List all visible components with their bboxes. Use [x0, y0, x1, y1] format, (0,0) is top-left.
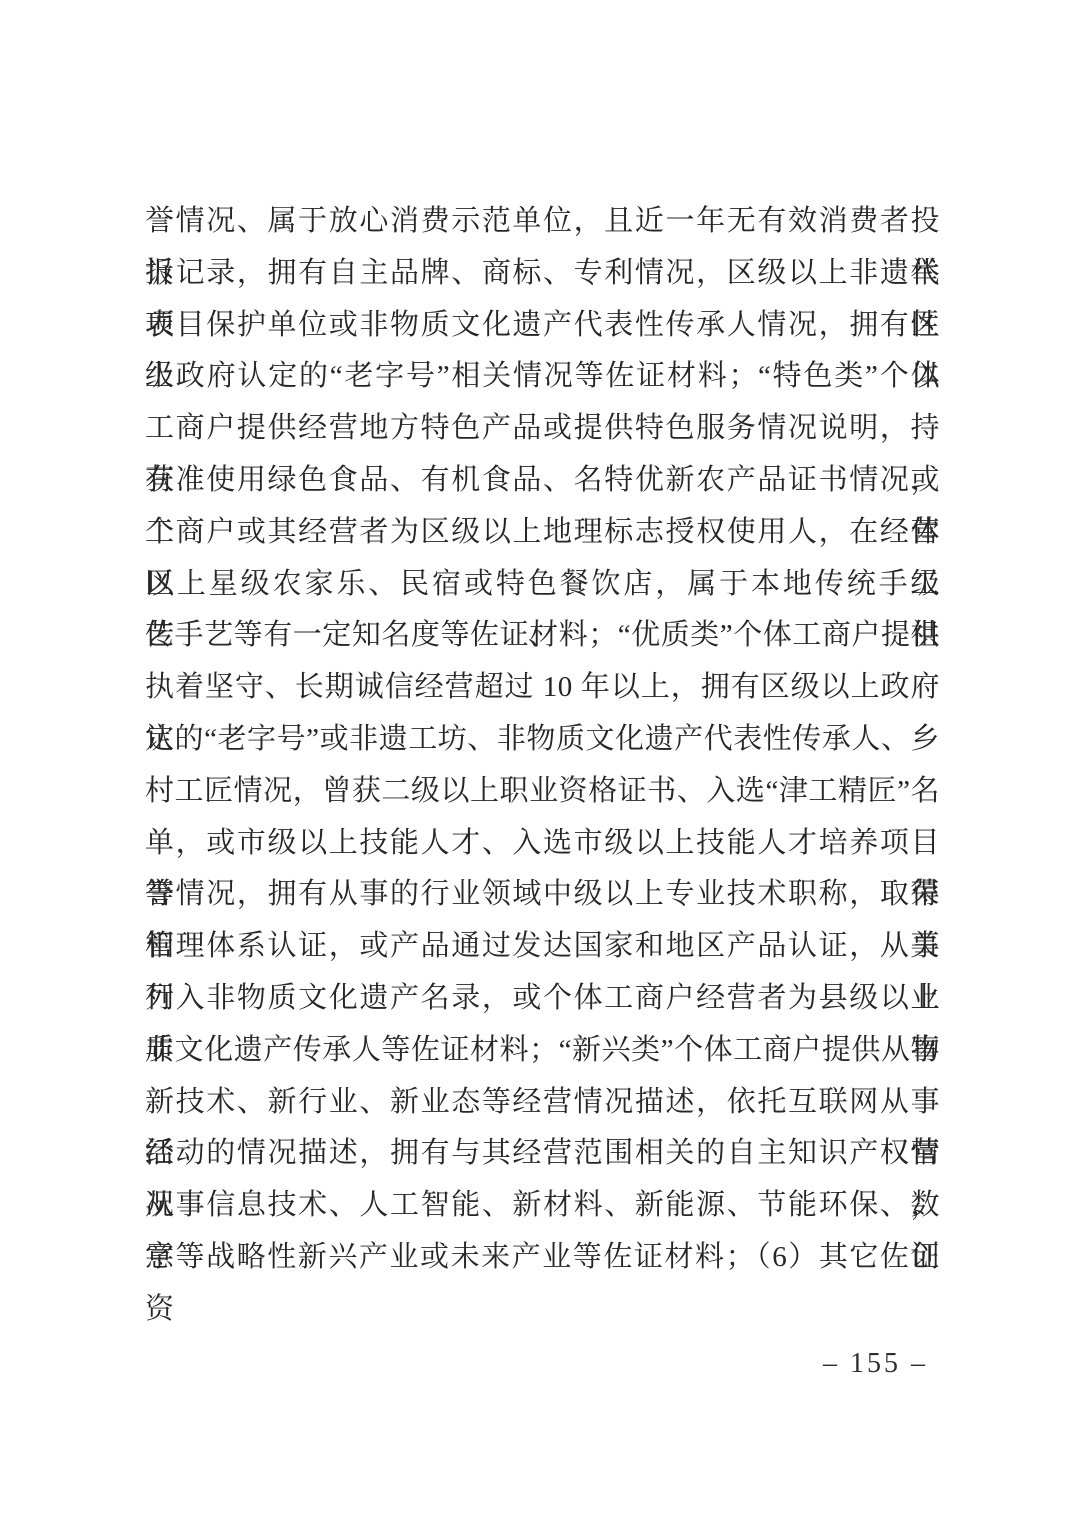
text-line: 定的“老字号”或非遗工坊、非物质文化遗产代表性传承人、乡: [145, 714, 940, 766]
text-line: 工商户或其经营者为区级以上地理标志授权使用人，在经营区级: [145, 507, 940, 559]
document-page: 誉情况、属于放心消费示范单位，且近一年无有效消费者投诉举报记录，拥有自主品牌、商…: [0, 0, 1074, 1520]
text-line: 报记录，拥有自主品牌、商标、专利情况，区级以上非遗代表性: [145, 248, 940, 300]
text-line: 以上星级农家乐、民宿或特色餐饮店，属于本地传统手工艺、祖: [145, 559, 940, 611]
text-line: 单，或市级以上技能人才、入选市级以上技能人才培养项目等荣: [145, 818, 940, 870]
text-line: 传手艺等有一定知名度等佐证材料；“优质类”个体工商户提供: [145, 610, 940, 662]
text-line: 誉情况、属于放心消费示范单位，且近一年无有效消费者投诉举: [145, 196, 940, 248]
text-line: 获准使用绿色食品、有机食品、名特优新农产品证书情况，个体: [145, 455, 940, 507]
text-line: 从事信息技术、人工智能、新材料、新能源、节能环保、数字创: [145, 1180, 940, 1232]
text-line: 誉情况，拥有从事的行业领域中级以上专业技术职称，取得相关: [145, 869, 940, 921]
text-line: 质文化遗产传承人等佐证材料；“新兴类”个体工商户提供从事: [145, 1025, 940, 1077]
text-line: 管理体系认证，或产品通过发达国家和地区产品认证，从事行业: [145, 921, 940, 973]
text-line: 新技术、新行业、新业态等经营情况描述，依托互联网从事经营: [145, 1077, 940, 1129]
text-line: 工商户提供经营地方特色产品或提供特色服务情况说明，持有或: [145, 403, 940, 455]
body-text: 誉情况、属于放心消费示范单位，且近一年无有效消费者投诉举报记录，拥有自主品牌、商…: [145, 196, 940, 1284]
text-line: 活动的情况描述，拥有与其经营范围相关的自主知识产权情况，: [145, 1128, 940, 1180]
text-line: 意等战略性新兴产业或未来产业等佐证材料；（6）其它佐证资: [145, 1232, 940, 1284]
text-line: 列入非物质文化遗产名录，或个体工商户经营者为县级以上非物: [145, 973, 940, 1025]
page-number: – 155 –: [823, 1344, 928, 1384]
text-line: 项目保护单位或非物质文化遗产代表性传承人情况，拥有区级以: [145, 300, 940, 352]
text-line: 执着坚守、长期诚信经营超过 10 年以上，拥有区级以上政府认: [145, 662, 940, 714]
text-line: 村工匠情况，曾获二级以上职业资格证书、入选“津工精匠”名: [145, 766, 940, 818]
text-line: 上政府认定的“老字号”相关情况等佐证材料；“特色类”个体: [145, 351, 940, 403]
